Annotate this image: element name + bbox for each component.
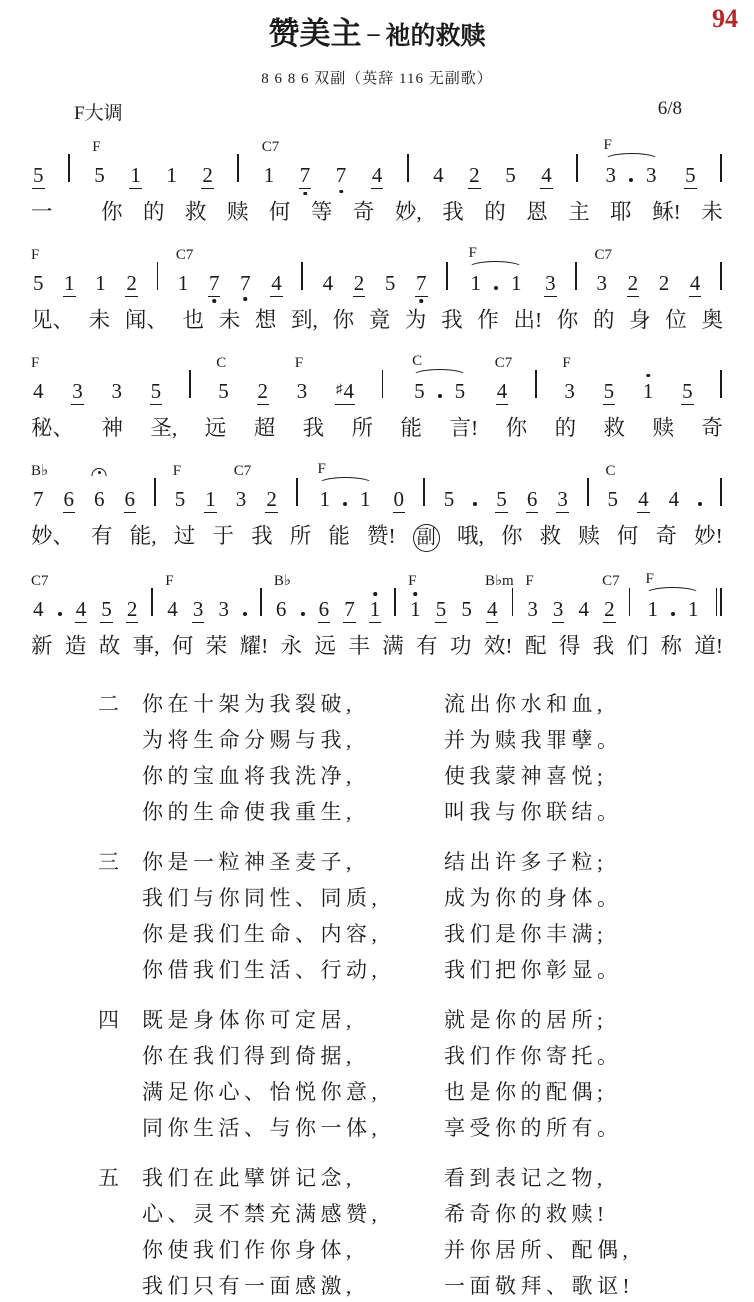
note: 6	[124, 489, 137, 513]
note: 6	[526, 489, 539, 513]
lyric-syllable: 超	[254, 415, 276, 442]
note: 1C7	[177, 273, 190, 294]
lyric-syllable: 妙,	[395, 199, 422, 226]
lyric-syllable: 有	[91, 523, 113, 550]
notes-row: 4F3355C23F♯4C554C73F515	[30, 343, 724, 415]
sharp-sign: ♯	[336, 381, 343, 396]
note: 5	[684, 165, 697, 189]
tie-group: F11	[316, 489, 375, 513]
augmentation-dot	[698, 502, 702, 506]
lyric-syllable: 永	[281, 633, 303, 660]
verse-number: 五	[98, 1160, 142, 1302]
note: 1	[646, 599, 659, 620]
verse-line: 心、灵不禁充满感赞,	[142, 1196, 444, 1232]
note: 3	[192, 599, 205, 623]
lyrics-row: 新造故事,何荣耀!永远丰满有功效!配得我们称道!	[30, 633, 724, 660]
lyric-syllable: 你	[506, 415, 528, 442]
note: 6	[318, 599, 331, 623]
verse-line: 你借我们生活、行动,	[142, 952, 444, 988]
note: 5	[504, 165, 517, 186]
note: 3	[556, 489, 569, 513]
lyric-syllable: 妙!	[694, 523, 723, 550]
lyric-syllable: 得	[559, 633, 581, 660]
note: 7	[343, 599, 356, 623]
tie-group: C55	[410, 381, 469, 405]
verse-number: 二	[98, 686, 142, 830]
lyric-syllable: 哦,	[457, 523, 484, 550]
verse-line: 同你生活、与你一体,	[142, 1110, 444, 1146]
verse-line: 满足你心、怡悦你意,	[142, 1074, 444, 1110]
lyric-syllable: 你	[557, 307, 579, 334]
lyric-syllable: 能,	[130, 523, 157, 550]
barline	[512, 588, 514, 616]
chord-label: B♭m	[485, 574, 514, 589]
barline	[535, 370, 537, 398]
verse-line: 我们在此擘饼记念,	[142, 1160, 444, 1196]
note: 5	[603, 381, 616, 405]
barline	[720, 154, 722, 182]
lyric-syllable: 到,	[291, 307, 318, 334]
note: 3	[71, 381, 84, 405]
lyrics-row: 妙、有能,过于我所能赞!副哦,你救赎何奇妙!	[30, 523, 724, 553]
verse-line: 使我蒙神喜悦;	[444, 758, 623, 794]
hymn-title: 赞美主–祂的救赎	[0, 0, 754, 53]
lyric-syllable: 效!	[484, 633, 513, 660]
verse-line: 并你居所、配偶,	[444, 1232, 634, 1268]
hymn-title-main: 赞美主	[268, 16, 361, 51]
music-system: 5F1121C77744257F1133C7224见、未闻、也未想到,你竟为我作…	[30, 235, 724, 334]
note: 4	[75, 599, 88, 623]
notes-row: 5F1121C77744257F1133C7224	[30, 235, 724, 307]
verse-line: 我们把你彰显。	[444, 952, 623, 988]
note: 4	[668, 489, 681, 510]
note: 6	[93, 489, 106, 510]
lyric-syllable: 所	[352, 415, 374, 442]
note: 3C7	[596, 273, 609, 294]
chord-label: F	[604, 138, 612, 153]
lyric-syllable: 为	[405, 307, 427, 334]
note: 1	[129, 165, 142, 189]
verse-line: 你是一粒神圣麦子,	[142, 844, 444, 880]
note: 5	[100, 599, 113, 623]
note: 1	[687, 599, 700, 620]
note: 5	[413, 381, 426, 402]
lyric-syllable: 主	[568, 199, 590, 226]
barline	[157, 262, 159, 290]
note: 2	[201, 165, 214, 189]
note: 1F	[409, 599, 422, 620]
verse-block: 三你是一粒神圣麦子,我们与你同性、同质,你是我们生命、内容,你借我们生活、行动,…	[98, 844, 754, 988]
barline	[446, 262, 448, 290]
music-system: 55F1121C77744254F335一你的救赎何等奇妙,我的恩主耶稣!未	[30, 127, 724, 226]
chord-label: F	[318, 462, 326, 477]
lyric-syllable: 出!	[513, 307, 542, 334]
lyric-syllable: 满	[382, 633, 404, 660]
hymn-title-sub: 祂的救赎	[385, 22, 485, 50]
lyric-syllable: 称	[660, 633, 682, 660]
note: 2	[353, 273, 366, 297]
note: 1	[469, 273, 482, 294]
verse-line: 我们作你寄托。	[444, 1038, 623, 1074]
note: 5	[435, 599, 448, 623]
verse-line: 就是你的居所;	[444, 1002, 623, 1038]
augmentation-dot	[438, 394, 442, 398]
note: 4C7	[496, 381, 509, 405]
barline	[154, 478, 156, 506]
lyric-syllable: 未	[701, 199, 723, 226]
note: 3	[645, 165, 658, 186]
lyric-syllable: 神	[101, 415, 123, 442]
barline	[575, 262, 577, 290]
note: 2	[125, 273, 138, 297]
chord-label: C7	[31, 574, 49, 589]
note: 4	[270, 273, 283, 297]
lyric-syllable: 奇	[656, 523, 678, 550]
note: 0	[393, 489, 406, 513]
time-signature: 6/8	[658, 98, 682, 125]
verse-line: 成为你的身体。	[444, 880, 623, 916]
verse-line: 我们只有一面感激,	[142, 1268, 444, 1302]
note: 1	[165, 165, 178, 186]
note: 1	[510, 273, 523, 294]
barline	[296, 478, 298, 506]
verse-line: 享受你的所有。	[444, 1110, 623, 1146]
verse-line: 叫我与你联结。	[444, 794, 623, 830]
note: 4C7	[32, 599, 45, 620]
note: 1	[319, 489, 332, 510]
verse-line: 也是你的配偶;	[444, 1074, 623, 1110]
lyric-syllable: 的	[143, 199, 165, 226]
lyric-syllable: 道!	[694, 633, 723, 660]
barline	[629, 588, 631, 616]
chord-label: C	[606, 464, 616, 479]
note: 7	[299, 165, 312, 189]
lyric-syllable: 我	[303, 415, 325, 442]
meter-line: 8 6 8 6 双副（英辞 116 无副歌）	[0, 67, 754, 88]
note: 3	[217, 599, 230, 620]
fermata-icon	[92, 468, 107, 476]
lyric-syllable: 何	[172, 633, 194, 660]
lyric-syllable: 竟	[369, 307, 391, 334]
verse-line: 希奇你的救赎!	[444, 1196, 634, 1232]
note: 5	[454, 381, 467, 402]
note: 1	[369, 599, 382, 623]
note: 5	[495, 489, 508, 513]
verse-block: 五我们在此擘饼记念,心、灵不禁充满感赞,你使我们作你身体,我们只有一面感激,看到…	[98, 1160, 754, 1302]
augmentation-dot	[671, 612, 675, 616]
note: 1	[63, 273, 76, 297]
verse-line: 看到表记之物,	[444, 1160, 634, 1196]
lyric-syllable: 想	[255, 307, 277, 334]
verse-number: 四	[98, 1002, 142, 1146]
note: 5F	[32, 273, 45, 294]
note: 5	[384, 273, 397, 294]
lyrics-row: 见、未闻、也未想到,你竟为我作出!你的身位奥	[30, 307, 724, 334]
key-signature-row: F大调 6/8	[74, 98, 682, 125]
chord-label: C7	[595, 248, 613, 263]
lyric-syllable: 闻、	[125, 307, 168, 334]
lyric-syllable: 奇	[353, 199, 375, 226]
lyric-syllable: 的	[484, 199, 506, 226]
notes-row: 7B♭6665F13C72F11055635C44	[30, 451, 724, 523]
lyric-syllable: 赎	[227, 199, 249, 226]
lyric-syllable: 未	[89, 307, 111, 334]
note: 2	[627, 273, 640, 297]
key-label: F大调	[74, 98, 123, 125]
lyric-syllable: 位	[665, 307, 687, 334]
verse-line: 为将生命分赐与我,	[142, 722, 444, 758]
note: 4	[637, 489, 650, 513]
augmentation-dot	[629, 178, 633, 182]
lyric-syllable: 救	[604, 415, 626, 442]
note: ♯4	[335, 381, 355, 405]
lyric-syllable: 们	[627, 633, 649, 660]
lyric-syllable: 过	[174, 523, 196, 550]
note: 4	[371, 165, 384, 189]
verses-section: 二你在十架为我裂破,为将生命分赐与我,你的宝血将我洗净,你的生命使我重生,流出你…	[98, 686, 754, 1302]
lyric-syllable: 配	[525, 633, 547, 660]
augmentation-dot	[343, 502, 347, 506]
barline	[301, 262, 303, 290]
lyric-syllable: 恩	[526, 199, 548, 226]
lyric-syllable: 奥	[701, 307, 723, 334]
barline	[720, 478, 722, 506]
verse-line: 我们与你同性、同质,	[142, 880, 444, 916]
note: 3	[605, 165, 618, 186]
lyric-syllable: 赎	[652, 415, 674, 442]
verse-column-left: 既是身体你可定居,你在我们得到倚据,满足你心、怡悦你意,同你生活、与你一体,	[142, 1002, 444, 1146]
lyric-syllable: 新	[31, 633, 53, 660]
lyric-syllable: 你	[333, 307, 355, 334]
note: 4	[578, 599, 591, 620]
verse-line: 你使我们作你身体,	[142, 1232, 444, 1268]
lyric-syllable: 能	[328, 523, 350, 550]
verse-number: 三	[98, 844, 142, 988]
note: 7B♭	[32, 489, 45, 510]
note: 4	[689, 273, 702, 297]
lyric-syllable: 我	[251, 523, 273, 550]
barline	[382, 370, 384, 398]
lyric-syllable: 圣,	[150, 415, 177, 442]
chord-label: B♭	[274, 574, 291, 589]
chord-label: C	[412, 354, 422, 369]
verse-line: 结出许多子粒;	[444, 844, 623, 880]
note: 2	[658, 273, 671, 294]
lyric-syllable: 你	[101, 199, 123, 226]
chord-label: F	[165, 574, 173, 589]
lyric-syllable: 功	[450, 633, 472, 660]
note: 1	[94, 273, 107, 294]
note: 1	[359, 489, 372, 510]
lyric-syllable: 我	[593, 633, 615, 660]
verse-column-right: 看到表记之物,希奇你的救赎!并你居所、配偶,一面敬拜、歌讴!	[444, 1160, 634, 1302]
note: 3	[552, 599, 565, 623]
note: 5C	[217, 381, 230, 402]
note: 2	[468, 165, 481, 189]
verse-line: 并为赎我罪孽。	[444, 722, 623, 758]
note: 2C7	[603, 599, 616, 623]
lyric-syllable: 等	[311, 199, 333, 226]
barline	[407, 154, 409, 182]
lyrics-row: 一你的救赎何等奇妙,我的恩主耶稣!未	[30, 199, 724, 226]
barline	[189, 370, 191, 398]
tie-group: F11	[643, 599, 702, 623]
notes-row: 55F1121C77744254F335	[30, 127, 724, 199]
verse-line: 你是我们生命、内容,	[142, 916, 444, 952]
lyric-syllable: 妙、	[31, 523, 74, 550]
lyric-syllable: 见、	[31, 307, 74, 334]
barline	[576, 154, 578, 182]
lyric-syllable: 作	[477, 307, 499, 334]
lyric-syllable: 所	[290, 523, 312, 550]
note: 6B♭	[275, 599, 288, 620]
note: 3F	[526, 599, 539, 620]
notes-row: 4C74524F336B♭6711F554B♭m3F342C7F11	[30, 561, 724, 633]
note: 5F	[93, 165, 106, 186]
note: 2	[265, 489, 278, 513]
barline	[720, 262, 722, 290]
music-system: 7B♭6665F13C72F11055635C44妙、有能,过于我所能赞!副哦,…	[30, 451, 724, 553]
lyric-syllable: 我	[441, 307, 463, 334]
verse-line: 你的宝血将我洗净,	[142, 758, 444, 794]
note: 5C	[607, 489, 620, 510]
lyric-syllable: 何	[269, 199, 291, 226]
augmentation-dot	[243, 612, 247, 616]
note: 3F	[563, 381, 576, 402]
verse-number: 一	[31, 199, 53, 226]
note: 2	[257, 381, 270, 405]
barline	[394, 588, 396, 616]
note: 7	[415, 273, 428, 297]
lyric-syllable: 救	[540, 523, 562, 550]
chord-label: C	[216, 356, 226, 371]
lyric-syllable: 稣!	[652, 199, 681, 226]
note: 3F	[296, 381, 309, 402]
verse-block: 四既是身体你可定居,你在我们得到倚据,满足你心、怡悦你意,同你生活、与你一体,就…	[98, 1002, 754, 1146]
note: 1	[642, 381, 655, 402]
chord-label: F	[468, 246, 476, 261]
verse-line: 你在十架为我裂破,	[142, 686, 444, 722]
chord-label: F	[645, 572, 653, 587]
lyric-syllable: 赎	[578, 523, 600, 550]
music-system: 4F3355C23F♯4C554C73F515秘、神圣,远超我所能言!你的救赎奇	[30, 343, 724, 442]
lyric-syllable: 的	[555, 415, 577, 442]
note: 5	[460, 599, 473, 620]
chord-label: F	[173, 464, 181, 479]
augmentation-dot	[494, 286, 498, 290]
chord-label: C7	[602, 574, 620, 589]
lyric-syllable: 奇	[701, 415, 723, 442]
chord-label: F	[92, 140, 100, 155]
note: 4	[432, 165, 445, 186]
lyric-syllable: 言!	[450, 415, 479, 442]
lyric-syllable: 丰	[348, 633, 370, 660]
refrain-marker: 副	[413, 524, 440, 553]
note: 6	[63, 489, 76, 513]
lyrics-row: 秘、神圣,远超我所能言!你的救赎奇	[30, 415, 724, 442]
verse-column-right: 结出许多子粒;成为你的身体。我们是你丰满;我们把你彰显。	[444, 844, 623, 988]
barline	[587, 478, 589, 506]
barline	[68, 154, 70, 182]
lyric-syllable: 救	[185, 199, 207, 226]
chord-label: F	[31, 356, 39, 371]
verse-column-right: 就是你的居所;我们作你寄托。也是你的配偶;享受你的所有。	[444, 1002, 623, 1146]
verse-column-left: 我们在此擘饼记念,心、灵不禁充满感赞,你使我们作你身体,我们只有一面感激,	[142, 1160, 444, 1302]
verse-line: 流出你水和血,	[444, 686, 623, 722]
note: 7	[335, 165, 348, 186]
chord-label: B♭	[31, 464, 48, 479]
chord-label: C7	[262, 140, 280, 155]
verse-line: 你的生命使我重生,	[142, 794, 444, 830]
verse-column-right: 流出你水和血,并为赎我罪孽。使我蒙神喜悦;叫我与你联结。	[444, 686, 623, 830]
lyric-syllable: 我	[442, 199, 464, 226]
page-number: 94	[712, 4, 738, 34]
chord-label: F	[31, 248, 39, 263]
final-barline	[716, 588, 722, 616]
note: 3	[110, 381, 123, 402]
tie-group: F33	[602, 165, 661, 189]
lyric-syllable: 荣	[206, 633, 228, 660]
lyric-syllable: 远	[205, 415, 227, 442]
chord-label: F	[562, 356, 570, 371]
lyric-syllable: 秘、	[31, 415, 74, 442]
barline	[423, 478, 425, 506]
note: 4	[540, 165, 553, 189]
chord-label: C7	[234, 464, 252, 479]
verse-column-left: 你在十架为我裂破,为将生命分赐与我,你的宝血将我洗净,你的生命使我重生,	[142, 686, 444, 830]
hymn-page: { "page": { "number": "94", "number_colo…	[0, 0, 754, 1302]
chord-label: F	[525, 574, 533, 589]
chord-label: C7	[495, 356, 513, 371]
note: 5	[443, 489, 456, 510]
lyric-syllable: 事,	[133, 633, 160, 660]
note: 5	[150, 381, 163, 405]
lyric-syllable: 耶	[610, 199, 632, 226]
lyric-syllable: 于	[212, 523, 234, 550]
lyric-syllable: 也	[183, 307, 205, 334]
lyric-syllable: 造	[65, 633, 87, 660]
verse-column-left: 你是一粒神圣麦子,我们与你同性、同质,你是我们生命、内容,你借我们生活、行动,	[142, 844, 444, 988]
music-notation: 55F1121C77744254F335一你的救赎何等奇妙,我的恩主耶稣!未5F…	[30, 127, 724, 660]
verse-block: 二你在十架为我裂破,为将生命分赐与我,你的宝血将我洗净,你的生命使我重生,流出你…	[98, 686, 754, 830]
barline	[260, 588, 262, 616]
augmentation-dot	[473, 502, 477, 506]
chord-label: F	[408, 574, 416, 589]
note: 7	[239, 273, 252, 294]
lyric-syllable: 远	[315, 633, 337, 660]
lyric-syllable: 有	[416, 633, 438, 660]
barline	[237, 154, 239, 182]
note: 3C7	[235, 489, 248, 510]
verse-line: 你在我们得到倚据,	[142, 1038, 444, 1074]
lyric-syllable: 能	[401, 415, 423, 442]
barline	[720, 370, 722, 398]
lyric-syllable: 何	[617, 523, 639, 550]
augmentation-dot	[301, 612, 305, 616]
note: 4B♭m	[486, 599, 499, 623]
note: 2	[126, 599, 139, 623]
verse-line: 既是身体你可定居,	[142, 1002, 444, 1038]
barline	[151, 588, 153, 616]
lyric-syllable: 未	[219, 307, 241, 334]
note: 3	[544, 273, 557, 297]
augmentation-dot	[58, 612, 62, 616]
note: 4	[322, 273, 335, 294]
note: 1C7	[263, 165, 276, 186]
note: 1	[204, 489, 217, 513]
chord-label: F	[295, 356, 303, 371]
verse-line: 我们是你丰满;	[444, 916, 623, 952]
